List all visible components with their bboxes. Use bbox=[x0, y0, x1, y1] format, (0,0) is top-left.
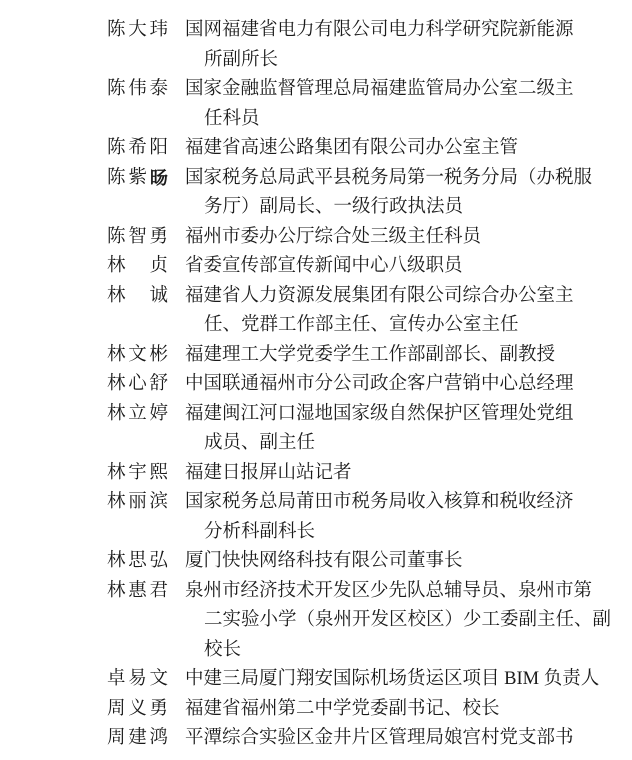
entry-continuation-row: 校长 bbox=[107, 636, 592, 666]
entry-first-row: 林贞省委宣传部宣传新闻中心八级职员 bbox=[107, 252, 592, 282]
person-name-char: 旸 bbox=[150, 164, 168, 194]
person-name-char: 陈 bbox=[107, 75, 126, 105]
entry-first-row: 卓易文中建三局厦门翔安国际机场货运区项目 BIM 负责人 bbox=[107, 665, 592, 695]
person-name-char: 文 bbox=[149, 665, 168, 695]
roster-entry: 林思弘厦门快快网络科技有限公司董事长 bbox=[107, 547, 592, 577]
person-title-line: 福建省高速公路集团有限公司办公室主管 bbox=[185, 134, 518, 164]
entry-first-row: 林丽滨国家税务总局莆田市税务局收入核算和税收经济 bbox=[107, 488, 592, 518]
person-name-char: 陈 bbox=[107, 223, 126, 253]
person-name: 林心舒 bbox=[107, 370, 168, 400]
entry-continuation-row: 成员、副主任 bbox=[107, 429, 592, 459]
person-name-char: 大 bbox=[128, 16, 147, 46]
person-name-char: 心 bbox=[128, 370, 147, 400]
person-title-line: 国家金融监督管理总局福建监管局办公室二级主 bbox=[185, 75, 574, 105]
entry-first-row: 林立婷福建闽江河口湿地国家级自然保护区管理处党组 bbox=[107, 400, 592, 430]
roster-entry: 周义勇福建省福州第二中学党委副书记、校长 bbox=[107, 695, 592, 725]
person-title-line: 中建三局厦门翔安国际机场货运区项目 BIM 负责人 bbox=[185, 665, 599, 695]
person-name-char: 周 bbox=[107, 695, 126, 725]
entry-first-row: 陈大玮国网福建省电力有限公司电力科学研究院新能源 bbox=[107, 16, 592, 46]
person-title-line: 福州市委办公厅综合处三级主任科员 bbox=[185, 223, 481, 253]
person-name: 陈大玮 bbox=[107, 16, 168, 46]
person-name-char: 林 bbox=[107, 459, 126, 489]
roster-entry: 林文彬福建理工大学党委学生工作部副部长、副教授 bbox=[107, 341, 592, 371]
person-name-char: 林 bbox=[107, 252, 126, 282]
person-name-char: 林 bbox=[107, 341, 126, 371]
person-title-line: 厦门快快网络科技有限公司董事长 bbox=[185, 547, 463, 577]
entry-first-row: 周建鸿平潭综合实验区金井片区管理局娘宫村党支部书 bbox=[107, 724, 592, 754]
entry-first-row: 林思弘厦门快快网络科技有限公司董事长 bbox=[107, 547, 592, 577]
person-name-char: 卓 bbox=[107, 665, 126, 695]
person-name: 林宇熙 bbox=[107, 459, 168, 489]
person-name-char: 泰 bbox=[149, 75, 168, 105]
person-name-char: 彬 bbox=[149, 341, 168, 371]
person-name-char: 希 bbox=[128, 134, 147, 164]
roster-entry: 陈智勇福州市委办公厅综合处三级主任科员 bbox=[107, 223, 592, 253]
person-title-line: 福建闽江河口湿地国家级自然保护区管理处党组 bbox=[185, 400, 574, 430]
roster-entry: 周建鸿平潭综合实验区金井片区管理局娘宫村党支部书 bbox=[107, 724, 592, 754]
person-name-char: 林 bbox=[107, 488, 126, 518]
person-title-line: 泉州市经济技术开发区少先队总辅导员、泉州市第 bbox=[185, 577, 592, 607]
person-title-line: 任科员 bbox=[204, 105, 260, 135]
entry-continuation-row: 务厅）副局长、一级行政执法员 bbox=[107, 193, 592, 223]
person-name-char: 易 bbox=[128, 665, 147, 695]
person-name-char: 周 bbox=[107, 724, 126, 754]
entry-first-row: 林文彬福建理工大学党委学生工作部副部长、副教授 bbox=[107, 341, 592, 371]
person-name-char: 义 bbox=[128, 695, 147, 725]
roster-entry: 陈紫旸国家税务总局武平县税务局第一税务分局（办税服 务厅）副局长、一级行政执法员 bbox=[107, 164, 592, 223]
person-name-char: 婷 bbox=[149, 400, 168, 430]
person-name-char: 林 bbox=[107, 577, 126, 607]
entry-first-row: 陈紫旸国家税务总局武平县税务局第一税务分局（办税服 bbox=[107, 164, 592, 194]
award-roster-page: 陈大玮国网福建省电力有限公司电力科学研究院新能源 所副所长 陈伟泰国家金融监督管… bbox=[0, 0, 632, 760]
entry-first-row: 陈智勇福州市委办公厅综合处三级主任科员 bbox=[107, 223, 592, 253]
roster-entry: 林心舒中国联通福州市分公司政企客户营销中心总经理 bbox=[107, 370, 592, 400]
person-title-line: 国家税务总局莆田市税务局收入核算和税收经济 bbox=[185, 488, 574, 518]
person-name-char: 熙 bbox=[149, 459, 168, 489]
person-name-char: 滨 bbox=[149, 488, 168, 518]
person-name: 周义勇 bbox=[107, 695, 168, 725]
person-name-char: 林 bbox=[107, 400, 126, 430]
person-name: 林惠君 bbox=[107, 577, 168, 607]
person-name-char: 丽 bbox=[128, 488, 147, 518]
person-name: 林立婷 bbox=[107, 400, 168, 430]
person-title-line: 分析科副科长 bbox=[204, 518, 315, 548]
entry-first-row: 周义勇福建省福州第二中学党委副书记、校长 bbox=[107, 695, 592, 725]
person-title-line: 国网福建省电力有限公司电力科学研究院新能源 bbox=[185, 16, 574, 46]
roster-entry: 林贞省委宣传部宣传新闻中心八级职员 bbox=[107, 252, 592, 282]
person-name-char: 宇 bbox=[128, 459, 147, 489]
entry-continuation-row: 所副所长 bbox=[107, 46, 592, 76]
person-name-char: 诚 bbox=[149, 282, 168, 312]
roster-entry: 林诚福建省人力资源发展集团有限公司综合办公室主 任、党群工作部主任、宣传办公室主… bbox=[107, 282, 592, 341]
roster-entry: 卓易文中建三局厦门翔安国际机场货运区项目 BIM 负责人 bbox=[107, 665, 592, 695]
person-name: 林文彬 bbox=[107, 341, 168, 371]
person-title-line: 省委宣传部宣传新闻中心八级职员 bbox=[185, 252, 463, 282]
person-name: 卓易文 bbox=[107, 665, 168, 695]
entry-continuation-row: 任科员 bbox=[107, 105, 592, 135]
person-title-line: 福建理工大学党委学生工作部副部长、副教授 bbox=[185, 341, 555, 371]
person-name-char: 陈 bbox=[107, 134, 126, 164]
person-name: 林思弘 bbox=[107, 547, 168, 577]
person-title-line: 务厅）副局长、一级行政执法员 bbox=[204, 193, 463, 223]
person-title-line: 任、党群工作部主任、宣传办公室主任 bbox=[204, 311, 519, 341]
person-name-char: 林 bbox=[107, 370, 126, 400]
person-name-char: 林 bbox=[107, 547, 126, 577]
person-title-line: 中国联通福州市分公司政企客户营销中心总经理 bbox=[185, 370, 574, 400]
person-name: 陈智勇 bbox=[107, 223, 168, 253]
roster-entry: 陈伟泰国家金融监督管理总局福建监管局办公室二级主 任科员 bbox=[107, 75, 592, 134]
person-title-line: 校长 bbox=[204, 636, 241, 666]
person-name-char: 玮 bbox=[149, 16, 168, 46]
person-name-char: 鸿 bbox=[149, 724, 168, 754]
roster-entry: 林惠君泉州市经济技术开发区少先队总辅导员、泉州市第 二实验小学（泉州开发区校区）… bbox=[107, 577, 592, 666]
person-name: 周建鸿 bbox=[107, 724, 168, 754]
person-title-line: 所副所长 bbox=[204, 46, 278, 76]
roster-entry: 林丽滨国家税务总局莆田市税务局收入核算和税收经济 分析科副科长 bbox=[107, 488, 592, 547]
person-title-line: 国家税务总局武平县税务局第一税务分局（办税服 bbox=[185, 164, 592, 194]
person-name-char: 紫 bbox=[129, 164, 148, 194]
person-name: 林贞 bbox=[107, 252, 168, 282]
roster-entry: 陈希阳福建省高速公路集团有限公司办公室主管 bbox=[107, 134, 592, 164]
person-name-char: 勇 bbox=[149, 695, 168, 725]
roster-entry: 陈大玮国网福建省电力有限公司电力科学研究院新能源 所副所长 bbox=[107, 16, 592, 75]
person-name-char: 弘 bbox=[149, 547, 168, 577]
person-name-char: 陈 bbox=[107, 16, 126, 46]
person-name-char: 勇 bbox=[149, 223, 168, 253]
person-name-char: 立 bbox=[128, 400, 147, 430]
person-name: 林诚 bbox=[107, 282, 168, 312]
person-title-line: 成员、副主任 bbox=[204, 429, 315, 459]
entry-first-row: 陈希阳福建省高速公路集团有限公司办公室主管 bbox=[107, 134, 592, 164]
person-name: 陈伟泰 bbox=[107, 75, 168, 105]
entry-continuation-row: 任、党群工作部主任、宣传办公室主任 bbox=[107, 311, 592, 341]
person-name-char: 陈 bbox=[107, 164, 126, 194]
person-name-char: 智 bbox=[128, 223, 147, 253]
person-name-char: 建 bbox=[128, 724, 147, 754]
person-name-char: 贞 bbox=[149, 252, 168, 282]
person-name: 林丽滨 bbox=[107, 488, 168, 518]
person-title-line: 福建日报屏山站记者 bbox=[185, 459, 352, 489]
person-name: 陈希阳 bbox=[107, 134, 168, 164]
person-title-line: 二实验小学（泉州开发区校区）少工委副主任、副 bbox=[204, 606, 611, 636]
person-title-line: 福建省人力资源发展集团有限公司综合办公室主 bbox=[185, 282, 574, 312]
person-name-char: 舒 bbox=[149, 370, 168, 400]
person-name-char: 君 bbox=[149, 577, 168, 607]
person-name: 陈紫旸 bbox=[107, 164, 168, 194]
entry-continuation-row: 分析科副科长 bbox=[107, 518, 592, 548]
entry-continuation-row: 二实验小学（泉州开发区校区）少工委副主任、副 bbox=[107, 606, 592, 636]
person-title-line: 福建省福州第二中学党委副书记、校长 bbox=[185, 695, 500, 725]
person-name-char: 林 bbox=[107, 282, 126, 312]
entry-first-row: 林惠君泉州市经济技术开发区少先队总辅导员、泉州市第 bbox=[107, 577, 592, 607]
roster-entry: 林立婷福建闽江河口湿地国家级自然保护区管理处党组 成员、副主任 bbox=[107, 400, 592, 459]
entry-first-row: 林宇熙福建日报屏山站记者 bbox=[107, 459, 592, 489]
person-name-char: 文 bbox=[128, 341, 147, 371]
person-name-char: 阳 bbox=[149, 134, 168, 164]
entry-first-row: 林心舒中国联通福州市分公司政企客户营销中心总经理 bbox=[107, 370, 592, 400]
person-title-line: 平潭综合实验区金井片区管理局娘宫村党支部书 bbox=[185, 724, 574, 754]
roster-entry: 林宇熙福建日报屏山站记者 bbox=[107, 459, 592, 489]
entry-first-row: 陈伟泰国家金融监督管理总局福建监管局办公室二级主 bbox=[107, 75, 592, 105]
person-name-char: 思 bbox=[128, 547, 147, 577]
person-name-char: 伟 bbox=[128, 75, 147, 105]
person-name-char: 惠 bbox=[128, 577, 147, 607]
entry-first-row: 林诚福建省人力资源发展集团有限公司综合办公室主 bbox=[107, 282, 592, 312]
